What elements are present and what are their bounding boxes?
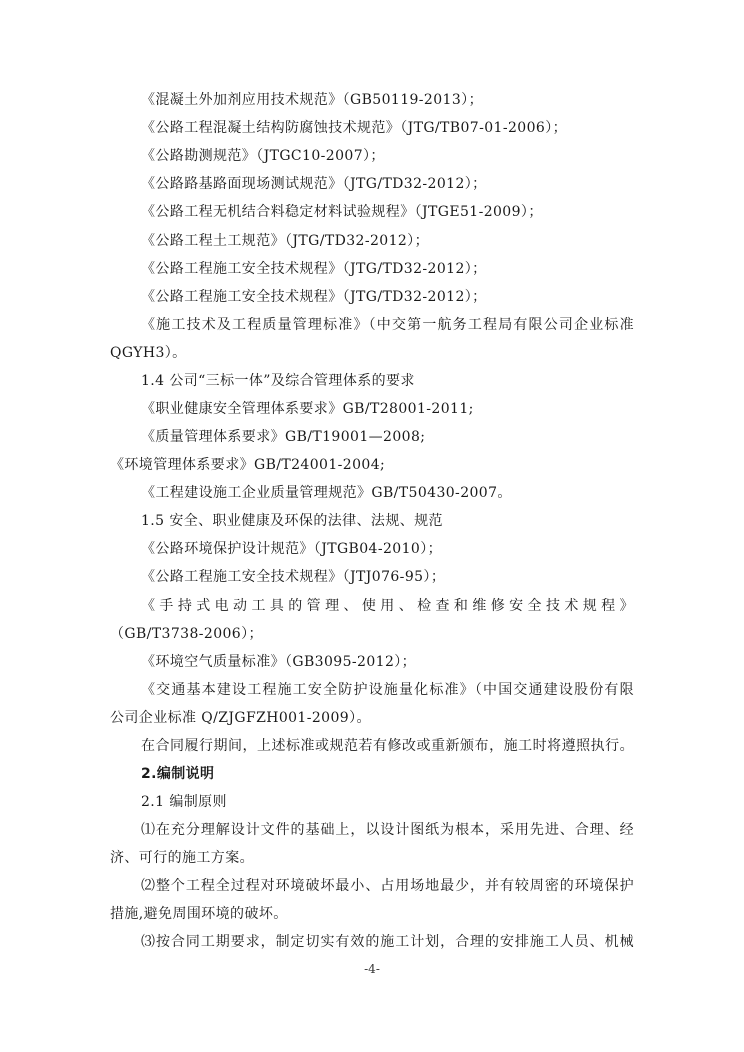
reference-line: 《施工技术及工程质量管理标准》（中交第一航务工程局有限公司企业标准 (141, 315, 634, 335)
section-heading-1-4: 1.4 公司“三标一体”及综合管理体系的要求 (141, 371, 634, 391)
reference-line: 《工程建设施工企业质量管理规范》GB/T50430-2007。 (141, 483, 634, 503)
section-heading-2-1: 2.1 编制原则 (141, 792, 634, 812)
reference-line: 《公路工程土工规范》（JTG/TD32-2012）； (141, 231, 634, 251)
reference-line: 《职业健康安全管理体系要求》GB/T28001-2011; (141, 399, 634, 419)
reference-line: 《混凝土外加剂应用技术规范》（GB50119-2013）； (141, 90, 634, 110)
reference-line: 《公路路基路面现场测试规范》（JTG/TD32-2012）； (141, 174, 634, 194)
reference-line: 《手持式电动工具的管理、使用、检查和维修安全技术规程》 (141, 596, 634, 616)
reference-line-continuation: （GB/T3738-2006）； (110, 624, 634, 644)
page-number: -4- (0, 962, 744, 976)
reference-line: 《公路工程无机结合料稳定材料试验规程》（JTGE51-2009）； (141, 202, 634, 222)
paragraph-line-continuation: 措施,避免周围环境的破坏。 (110, 904, 634, 924)
reference-line: 《公路环境保护设计规范》（JTGB04-2010）； (141, 539, 634, 559)
reference-line-continuation: QGYH3）。 (110, 343, 634, 363)
reference-line: 《环境空气质量标准》（GB3095-2012）； (141, 652, 634, 672)
paragraph-line: ⑵整个工程全过程对环境破坏最小、占用场地最少，并有较周密的环境保护 (141, 876, 634, 896)
paragraph-line-continuation: 济、可行的施工方案。 (110, 848, 634, 868)
section-heading-1-5: 1.5 安全、职业健康及环保的法律、法规、规范 (141, 511, 634, 531)
paragraph-line: 在合同履行期间，上述标准或规范若有修改或重新颁布，施工时将遵照执行。 (141, 736, 634, 756)
reference-line: 《公路工程混凝土结构防腐蚀技术规范》（JTG/TB07-01-2006）； (141, 118, 634, 138)
paragraph-line: ⑶按合同工期要求，制定切实有效的施工计划，合理的安排施工人员、机械 (141, 932, 634, 952)
reference-line: 《公路工程施工安全技术规程》（JTG/TD32-2012）； (141, 287, 634, 307)
reference-line: 《环境管理体系要求》GB/T24001-2004; (110, 455, 634, 475)
reference-line: 《公路工程施工安全技术规程》（JTJ076-95）； (141, 567, 634, 587)
reference-line-continuation: 公司企业标准 Q/ZJGFZH001-2009）。 (110, 708, 634, 728)
section-heading-2: 2.编制说明 (141, 764, 634, 784)
document-page: 《混凝土外加剂应用技术规范》（GB50119-2013）； 《公路工程混凝土结构… (0, 0, 744, 1052)
reference-line: 《质量管理体系要求》GB/T19001—2008; (141, 427, 634, 447)
paragraph-line: ⑴在充分理解设计文件的基础上，以设计图纸为根本，采用先进、合理、经 (141, 820, 634, 840)
reference-line: 《公路勘测规范》（JTGC10-2007）； (141, 146, 634, 166)
reference-line: 《公路工程施工安全技术规程》（JTG/TD32-2012）； (141, 259, 634, 279)
reference-line: 《交通基本建设工程施工安全防护设施量化标准》（中国交通建设股份有限 (141, 680, 634, 700)
